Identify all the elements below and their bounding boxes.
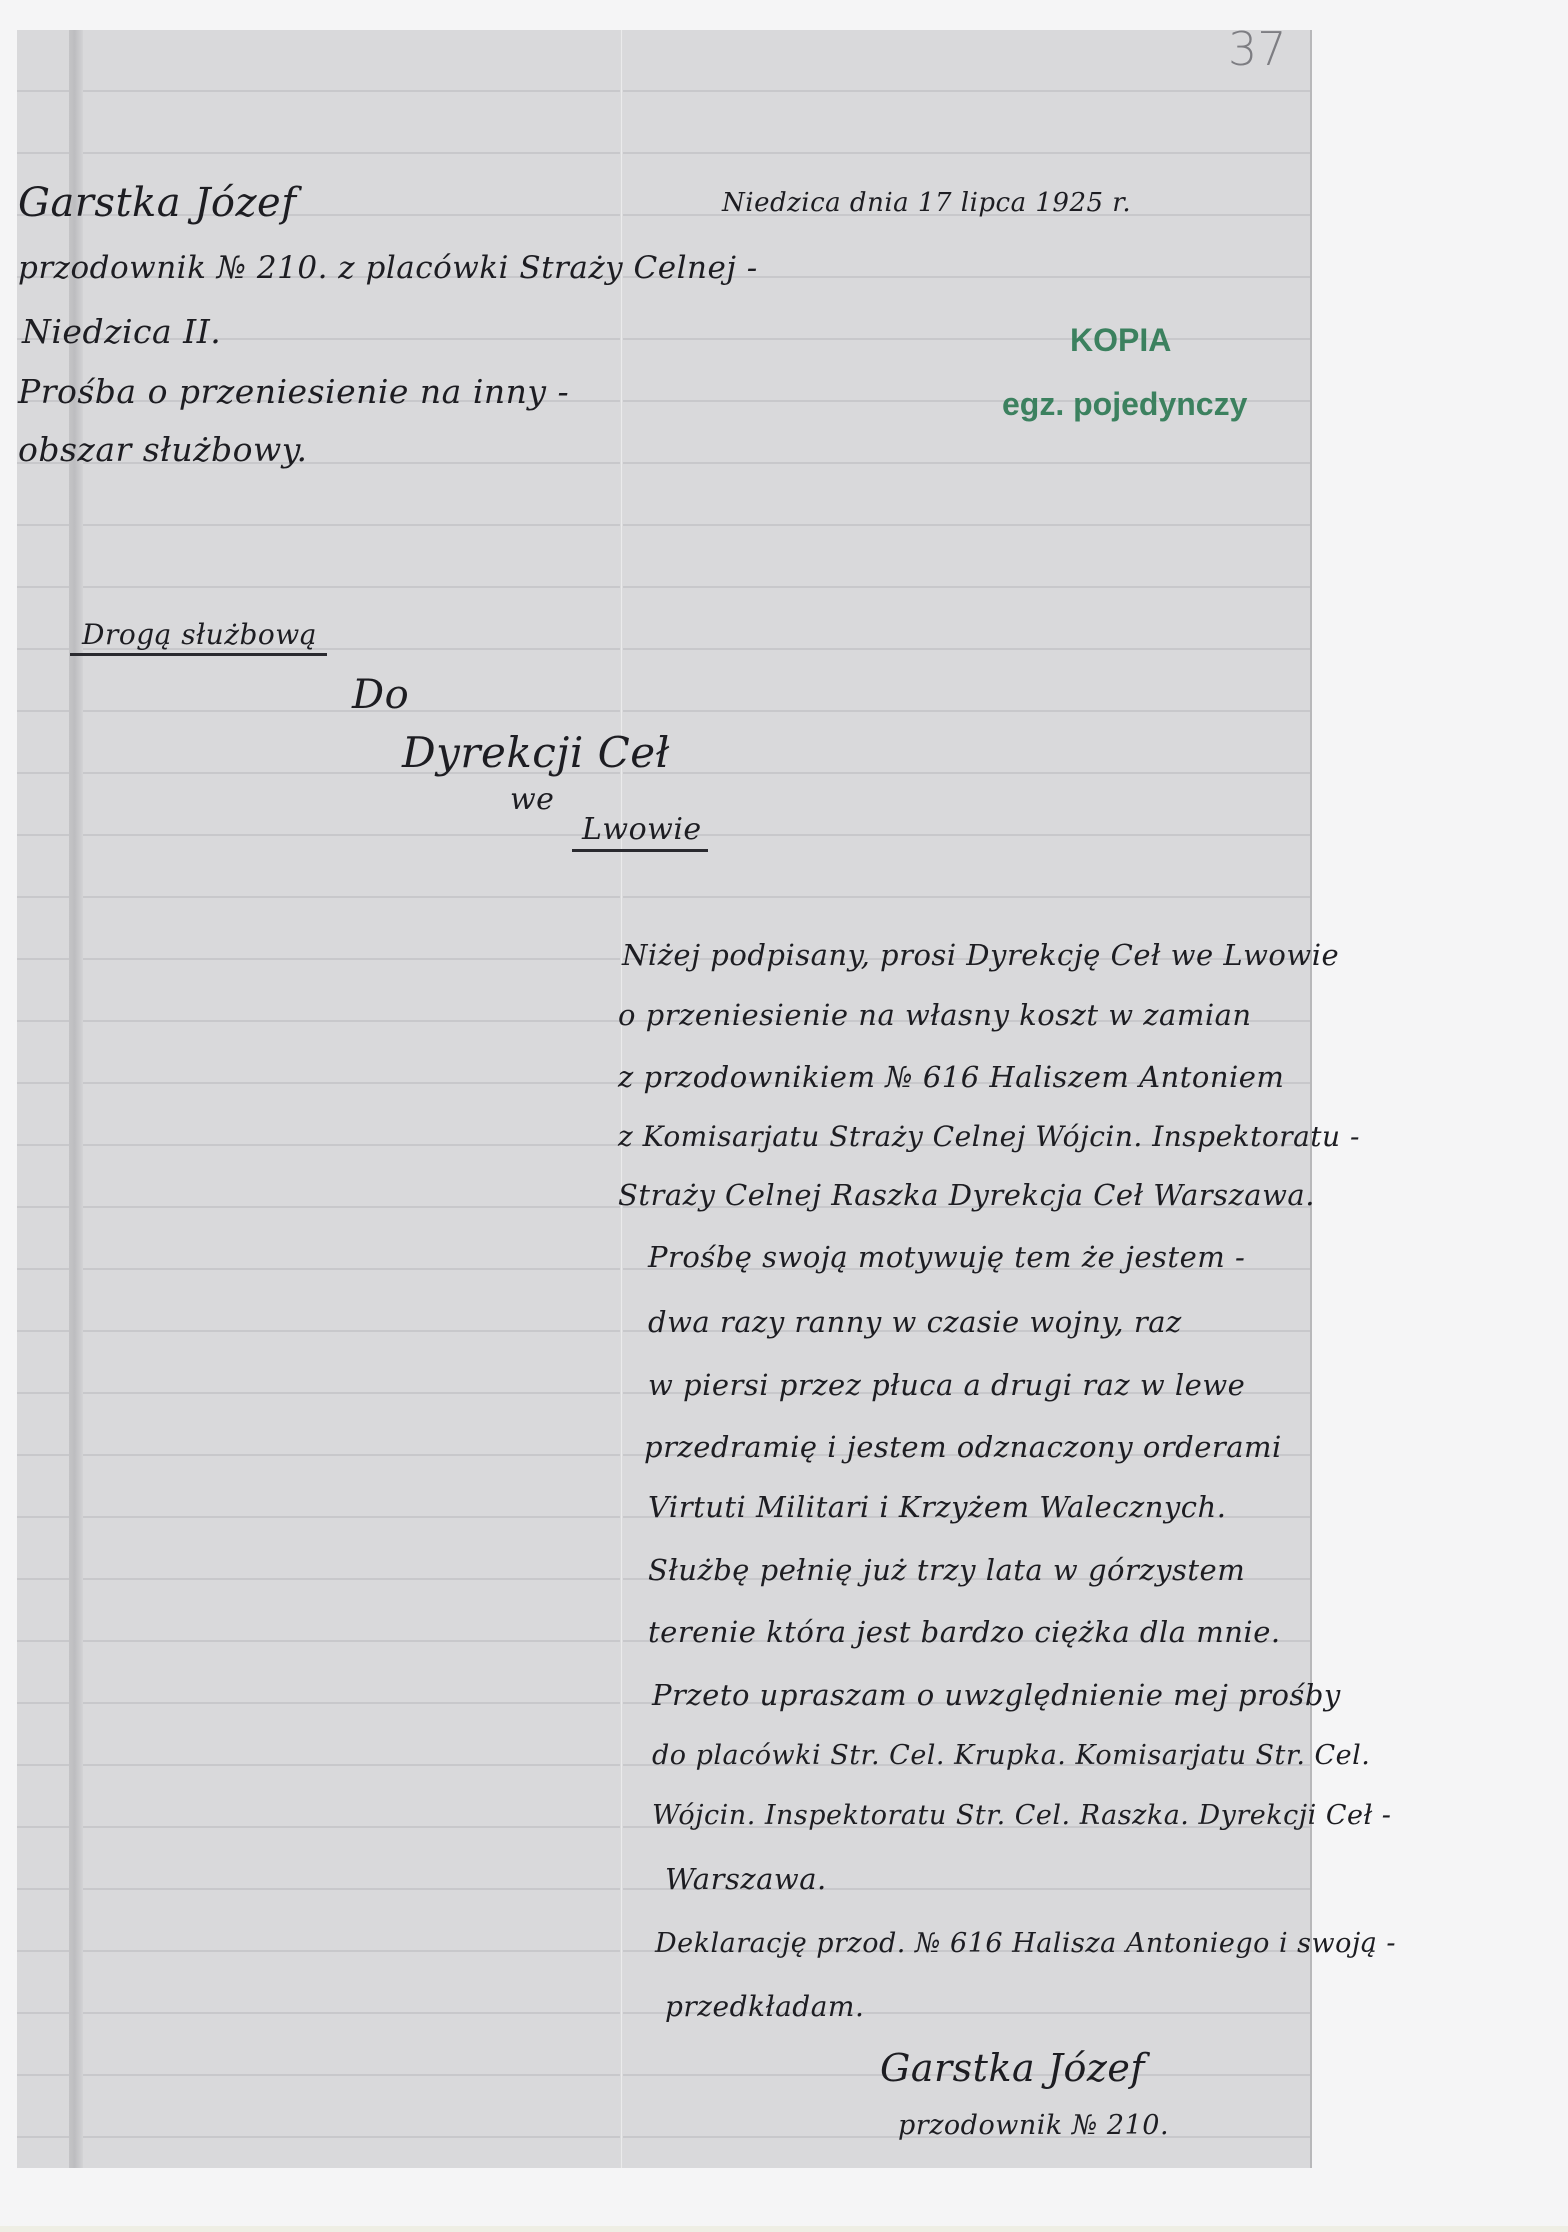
body-line: Niżej podpisany, prosi Dyrekcję Ceł we L… <box>622 938 1339 972</box>
body-line: Straży Celnej Raszka Dyrekcja Ceł Warsza… <box>618 1178 1315 1212</box>
signature-rank: przodownik № 210. <box>898 2110 1169 2141</box>
body-line: z Komisarjatu Straży Celnej Wójcin. Insp… <box>618 1120 1360 1153</box>
body-line: dwa razy ranny w czasie wojny, raz <box>648 1305 1182 1339</box>
body-line: w piersi przez płuca a drugi raz w lewe <box>648 1368 1245 1402</box>
body-line: Służbę pełnię już trzy lata w górzystem <box>648 1553 1245 1587</box>
addressee-office: Dyrekcji Ceł <box>402 728 670 777</box>
sender-name: Garstka Józef <box>18 180 297 226</box>
page-number: 37 <box>1228 22 1287 76</box>
stamp-kopia: KOPIA <box>1070 322 1171 359</box>
stamp-single-copy: egz. pojedynczy <box>1002 386 1247 423</box>
body-line: terenie która jest bardzo ciężka dla mni… <box>648 1615 1281 1649</box>
body-line: z przodownikiem № 616 Haliszem Antoniem <box>618 1060 1284 1094</box>
subject-line-1: Prośba o przeniesienie na inny - <box>18 372 569 411</box>
body-line: Przeto upraszam o uwzględnienie mej proś… <box>652 1678 1341 1712</box>
addressee-city: Lwowie <box>572 812 708 852</box>
addressee-we: we <box>510 782 554 817</box>
body-line: o przeniesienie na własny koszt w zamian <box>618 998 1252 1032</box>
scan-edge <box>0 2226 1568 2232</box>
body-line: przedkładam. <box>665 1990 864 2023</box>
addressee-do: Do <box>352 672 409 718</box>
body-line: Deklarację przod. № 616 Halisza Antonieg… <box>655 1928 1396 1959</box>
sender-rank-line: przodownik № 210. z placówki Straży Celn… <box>18 250 758 286</box>
sender-post: Niedzica II. <box>22 312 221 351</box>
body-line: przedramię i jestem odznaczony orderami <box>644 1430 1282 1464</box>
body-line: Virtuti Militari i Krzyżem Walecznych. <box>648 1490 1226 1524</box>
subject-line-2: obszar służbowy. <box>18 430 308 469</box>
routing-note: Drogą służbową <box>70 618 327 656</box>
body-line: Wójcin. Inspektoratu Str. Cel. Raszka. D… <box>652 1800 1391 1831</box>
place-date: Niedzica dnia 17 lipca 1925 r. <box>722 188 1131 218</box>
body-line: Warszawa. <box>665 1862 827 1896</box>
fold-line <box>620 30 623 2168</box>
body-line: Prośbę swoją motywuję tem że jestem - <box>648 1240 1245 1274</box>
signature-name: Garstka Józef <box>880 2046 1145 2090</box>
body-line: do placówki Str. Cel. Krupka. Komisarjat… <box>652 1740 1370 1771</box>
